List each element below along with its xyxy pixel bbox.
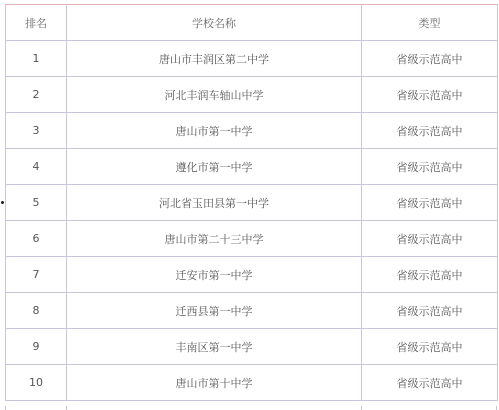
cell-rank: 4 bbox=[6, 149, 67, 185]
cell-rank: 1 bbox=[6, 41, 67, 77]
cell-rank: 6 bbox=[6, 221, 67, 257]
cell-type: 省级示范高中 bbox=[362, 185, 498, 221]
cell-rank: 5 bbox=[6, 185, 67, 221]
cell-school-name: 唐山市第十中学 bbox=[67, 365, 362, 401]
table-row: 6 唐山市第二十三中学 省级示范高中 bbox=[6, 221, 498, 257]
table-header-row: 排名 学校名称 类型 bbox=[6, 5, 498, 41]
cell-school-name: 遵化市第一中学 bbox=[67, 149, 362, 185]
cell-type: 省级示范高中 bbox=[362, 293, 498, 329]
table-row: 1 唐山市丰润区第二中学 省级示范高中 bbox=[6, 41, 498, 77]
cell-rank: 3 bbox=[6, 113, 67, 149]
table-row: 7 迁安市第一中学 省级示范高中 bbox=[6, 257, 498, 293]
cell-rank: 9 bbox=[6, 329, 67, 365]
table-row: 8 迁西县第一中学 省级示范高中 bbox=[6, 293, 498, 329]
cell-school-name: 唐山市第一中学 bbox=[67, 113, 362, 149]
cell-rank: 10 bbox=[6, 365, 67, 401]
cell-rank: 2 bbox=[6, 77, 67, 113]
cell-school-name: 唐山市第二十三中学 bbox=[67, 221, 362, 257]
table-row: 10 唐山市第十中学 省级示范高中 bbox=[6, 365, 498, 401]
cell-school-name: 迁西县第一中学 bbox=[67, 293, 362, 329]
school-ranking-table: 排名 学校名称 类型 1 唐山市丰润区第二中学 省级示范高中 2 河北丰润车轴山… bbox=[5, 4, 498, 401]
cell-school-name: 丰南区第一中学 bbox=[67, 329, 362, 365]
header-rank: 排名 bbox=[6, 5, 67, 41]
next-row-stub bbox=[5, 406, 497, 410]
cell-type: 省级示范高中 bbox=[362, 41, 498, 77]
cell-type: 省级示范高中 bbox=[362, 149, 498, 185]
table-row: 5 河北省玉田县第一中学 省级示范高中 bbox=[6, 185, 498, 221]
cell-type: 省级示范高中 bbox=[362, 221, 498, 257]
cell-type: 省级示范高中 bbox=[362, 113, 498, 149]
table-row: 9 丰南区第一中学 省级示范高中 bbox=[6, 329, 498, 365]
cell-school-name: 迁安市第一中学 bbox=[67, 257, 362, 293]
cell-school-name: 唐山市丰润区第二中学 bbox=[67, 41, 362, 77]
cell-rank: 8 bbox=[6, 293, 67, 329]
bullet-marker bbox=[1, 201, 4, 204]
cell-rank: 7 bbox=[6, 257, 67, 293]
cell-type: 省级示范高中 bbox=[362, 77, 498, 113]
table-row: 3 唐山市第一中学 省级示范高中 bbox=[6, 113, 498, 149]
table-row: 4 遵化市第一中学 省级示范高中 bbox=[6, 149, 498, 185]
table-row: 2 河北丰润车轴山中学 省级示范高中 bbox=[6, 77, 498, 113]
cell-school-name: 河北省玉田县第一中学 bbox=[67, 185, 362, 221]
header-school-name: 学校名称 bbox=[67, 5, 362, 41]
cell-type: 省级示范高中 bbox=[362, 257, 498, 293]
cell-type: 省级示范高中 bbox=[362, 365, 498, 401]
cell-type: 省级示范高中 bbox=[362, 329, 498, 365]
header-type: 类型 bbox=[362, 5, 498, 41]
cell-school-name: 河北丰润车轴山中学 bbox=[67, 77, 362, 113]
